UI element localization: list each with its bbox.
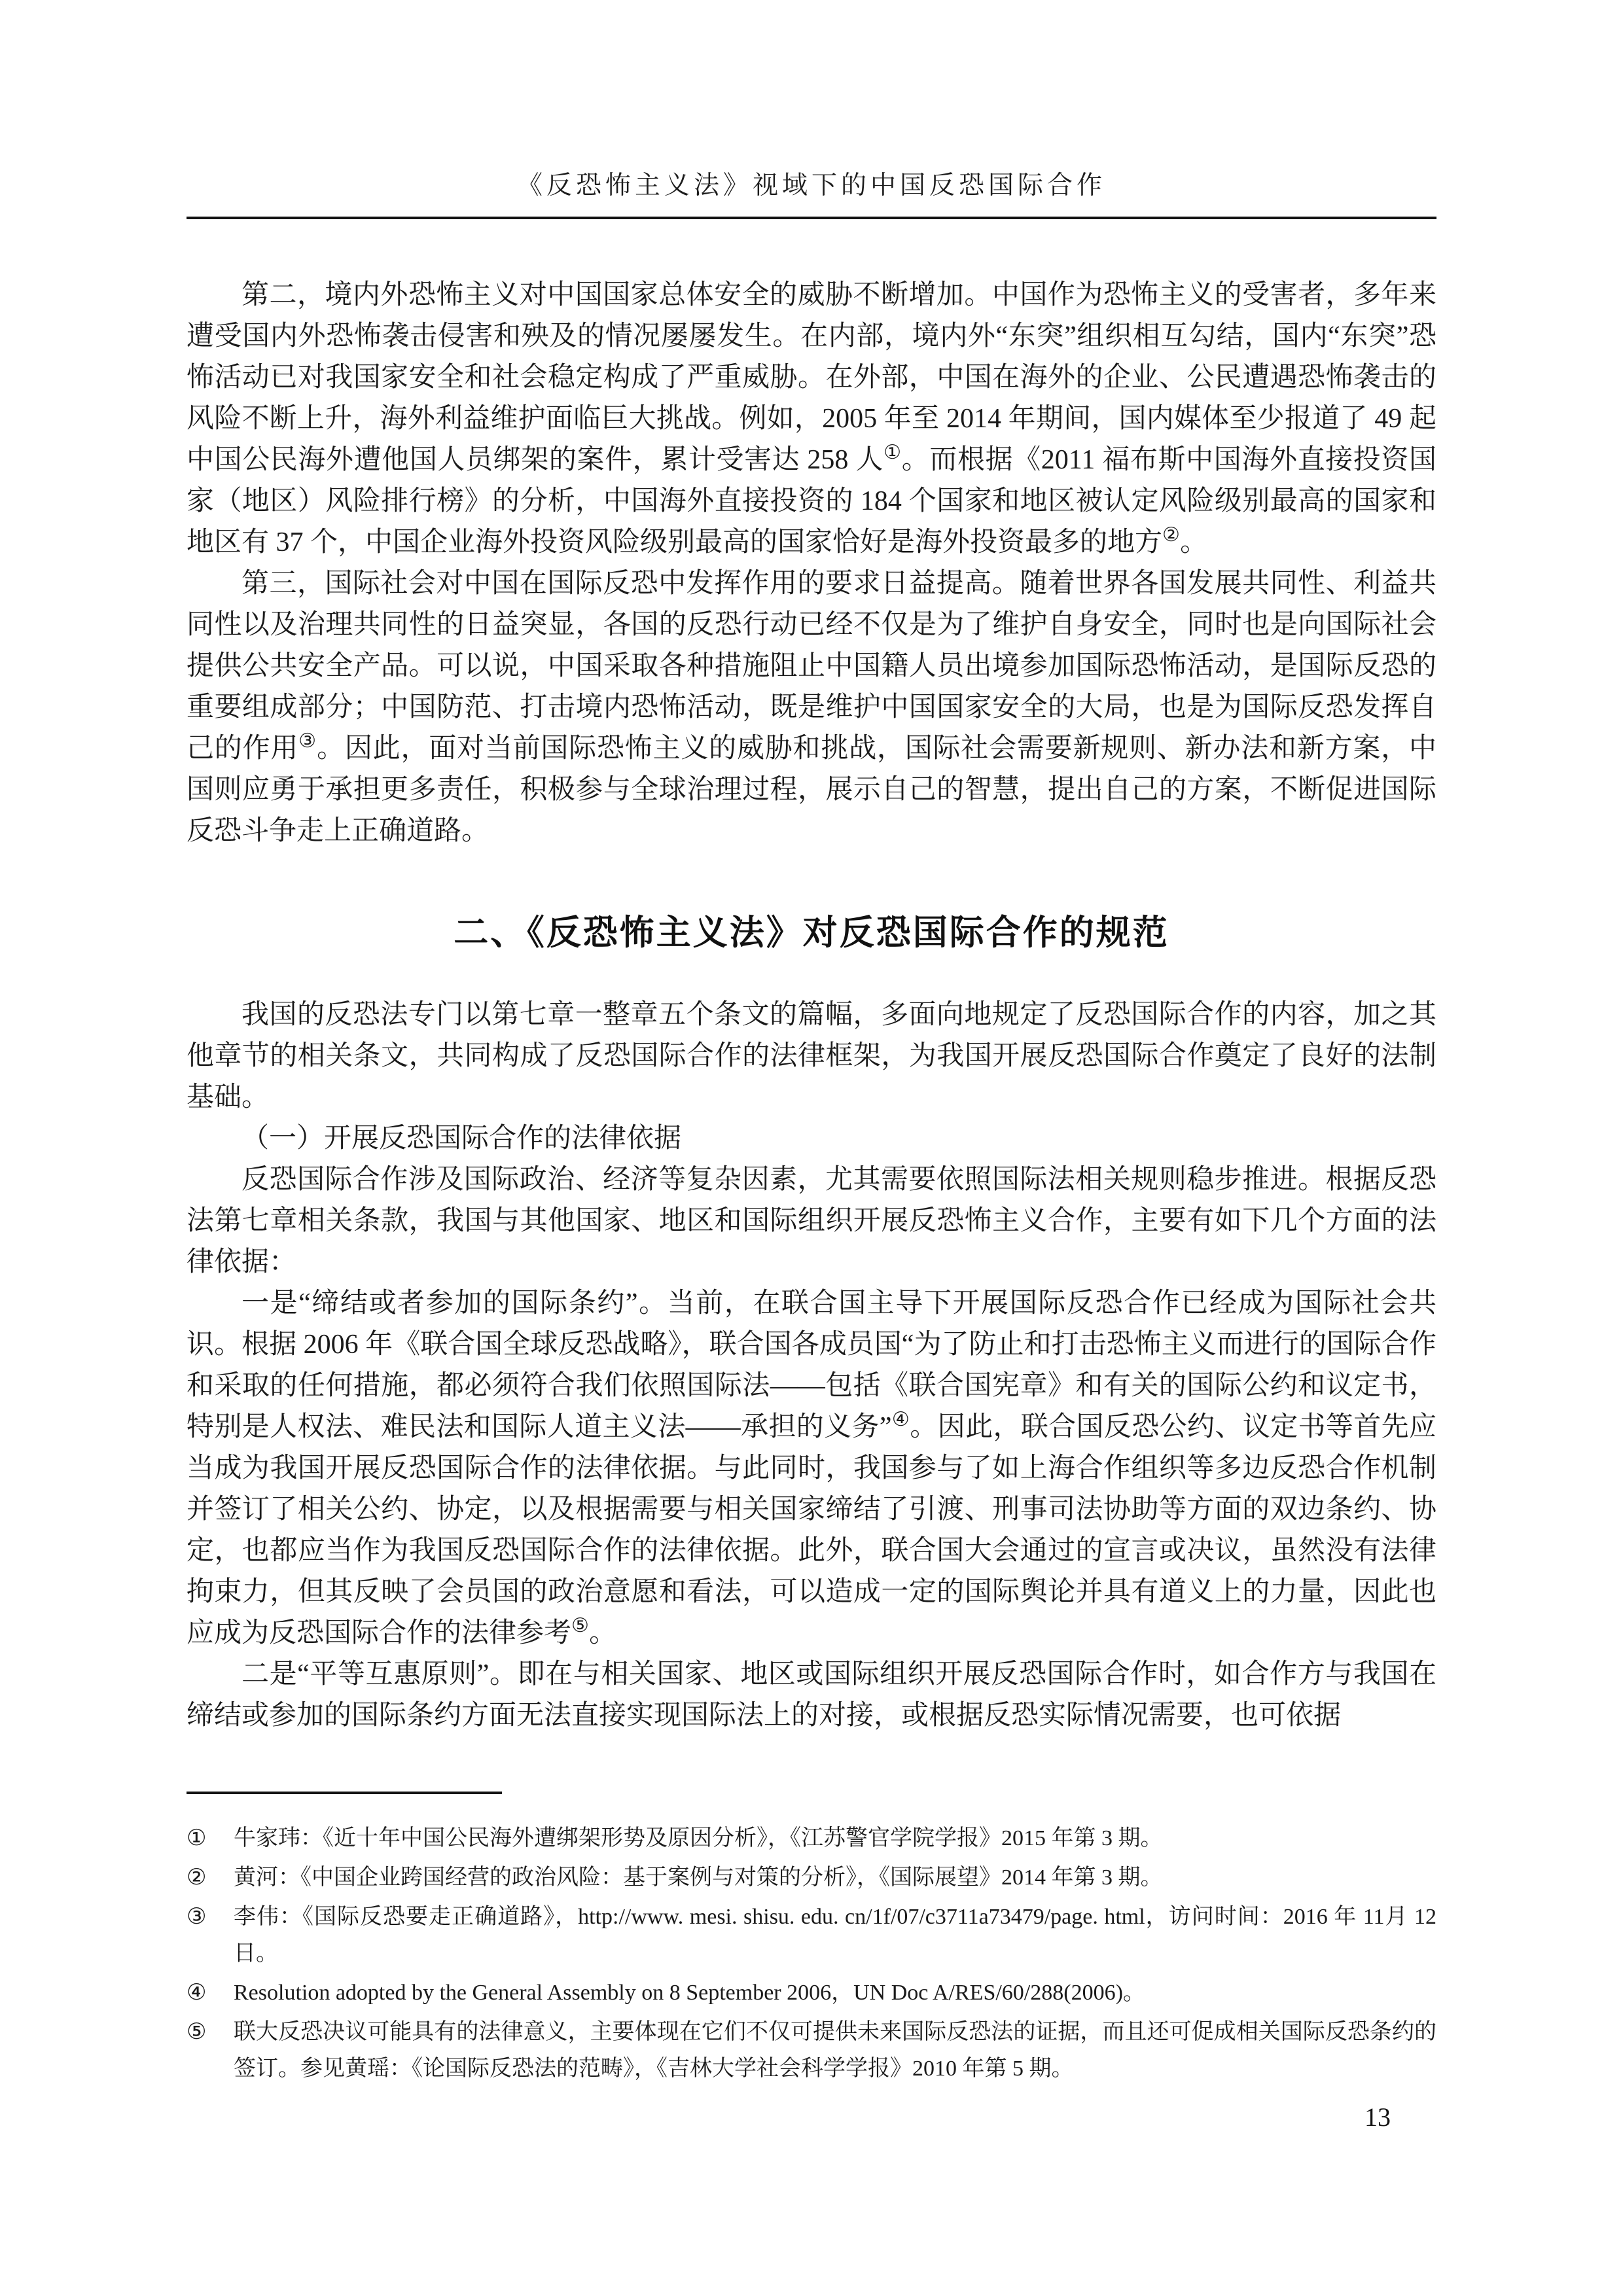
body-paragraph: 一是“缔结或者参加的国际条约”。当前，在联合国主导下开展国际反恐合作已经成为国际… bbox=[187, 1283, 1436, 1654]
footnote-reference: ③ bbox=[298, 730, 317, 752]
footnotes-block: ① 牛家玮：《近十年中国公民海外遭绑架形势及原因分析》，《江苏警官学院学报》20… bbox=[187, 1792, 1436, 2090]
footnote-marker: ① bbox=[187, 1820, 234, 1857]
footnote-marker: ⑤ bbox=[187, 2014, 234, 2087]
footnote-marker: ② bbox=[187, 1860, 234, 1896]
page-body: 第二，境内外恐怖主义对中国国家总体安全的威胁不断增加。中国作为恐怖主义的受害者，… bbox=[187, 275, 1436, 1737]
body-paragraph: 反恐国际合作涉及国际政治、经济等复杂因素，尤其需要依照国际法相关规则稳步推进。根… bbox=[187, 1159, 1436, 1283]
footnote-text: 李伟：《国际反恐要走正确道路》，http://www. mesi. shisu.… bbox=[234, 1899, 1436, 1972]
body-paragraph: 二是“平等互惠原则”。即在与相关国家、地区或国际组织开展反恐国际合作时，如合作方… bbox=[187, 1654, 1436, 1737]
footnote-text: Resolution adopted by the General Assemb… bbox=[234, 1975, 1436, 2011]
footnote-text: 牛家玮：《近十年中国公民海外遭绑架形势及原因分析》，《江苏警官学院学报》2015… bbox=[234, 1820, 1436, 1857]
footnote-reference: ④ bbox=[892, 1408, 910, 1430]
footnote-separator bbox=[187, 1792, 502, 1794]
footnote-item: ② 黄河：《中国企业跨国经营的政治风险：基于案例与对策的分析》，《国际展望》20… bbox=[187, 1860, 1436, 1896]
paper-page: 《反恐怖主义法》视域下的中国反恐国际合作 第二，境内外恐怖主义对中国国家总体安全… bbox=[0, 0, 1623, 2296]
footnote-reference: ② bbox=[1162, 523, 1180, 546]
footnote-reference: ① bbox=[883, 441, 902, 463]
body-paragraph: 我国的反恐法专门以第七章一整章五个条文的篇幅，多面向地规定了反恐国际合作的内容，… bbox=[187, 995, 1436, 1118]
page-number: 13 bbox=[1364, 2102, 1391, 2132]
footnote-item: ⑤ 联大反恐决议可能具有的法律意义，主要体现在它们不仅可提供未来国际反恐法的证据… bbox=[187, 2014, 1436, 2087]
footnote-text: 黄河：《中国企业跨国经营的政治风险：基于案例与对策的分析》，《国际展望》2014… bbox=[234, 1860, 1436, 1896]
section-heading: 二、《反恐怖主义法》对反恐国际合作的规范 bbox=[187, 904, 1436, 962]
body-paragraph: 第三，国际社会对中国在国际反恐中发挥作用的要求日益提高。随着世界各国发展共同性、… bbox=[187, 563, 1436, 852]
running-title: 《反恐怖主义法》视域下的中国反恐国际合作 bbox=[0, 165, 1623, 202]
footnote-item: ③ 李伟：《国际反恐要走正确道路》，http://www. mesi. shis… bbox=[187, 1899, 1436, 1972]
footnote-marker: ③ bbox=[187, 1899, 234, 1972]
footnote-item: ④ Resolution adopted by the General Asse… bbox=[187, 1975, 1436, 2011]
body-paragraph: 第二，境内外恐怖主义对中国国家总体安全的威胁不断增加。中国作为恐怖主义的受害者，… bbox=[187, 275, 1436, 563]
footnote-marker: ④ bbox=[187, 1975, 234, 2011]
header-rule bbox=[187, 217, 1436, 219]
footnote-text: 联大反恐决议可能具有的法律意义，主要体现在它们不仅可提供未来国际反恐法的证据，而… bbox=[234, 2014, 1436, 2087]
footnote-reference: ⑤ bbox=[571, 1614, 589, 1636]
footnote-item: ① 牛家玮：《近十年中国公民海外遭绑架形势及原因分析》，《江苏警官学院学报》20… bbox=[187, 1820, 1436, 1857]
subsection-heading: （一）开展反恐国际合作的法律依据 bbox=[187, 1118, 1436, 1159]
